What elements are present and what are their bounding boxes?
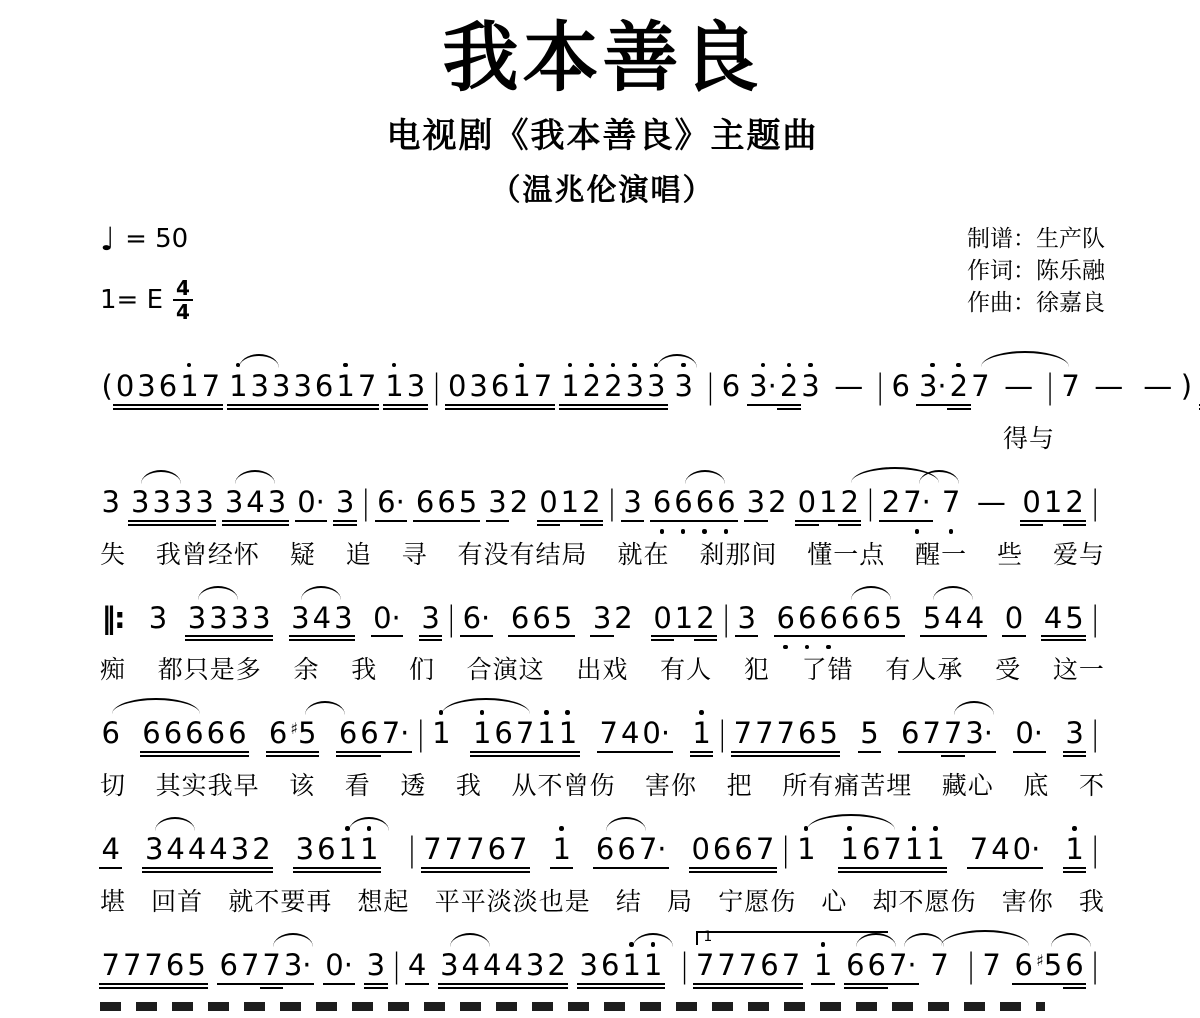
octave-dot-above: [956, 363, 961, 368]
duration-underline: [795, 520, 818, 522]
time-signature: 4 4: [173, 277, 193, 323]
duration-underline: [1002, 635, 1025, 637]
note: 7: [143, 950, 164, 982]
duration-underline: [445, 404, 468, 406]
note: 1: [335, 371, 356, 403]
note: 4: [100, 834, 121, 866]
duration-underline: [113, 408, 136, 410]
note: 6: [861, 603, 882, 635]
note: 3: [229, 603, 250, 635]
lyric-group: 余: [293, 650, 319, 686]
duration-underline: [774, 751, 797, 753]
octave-dot-above: [568, 363, 573, 368]
note: 6: [839, 603, 860, 635]
duration-underline: [620, 987, 643, 989]
note: 3: [147, 603, 168, 635]
note: 2: [695, 603, 716, 635]
duration-underline: [920, 635, 943, 637]
duration-underline: [779, 987, 802, 989]
duration-underline: [513, 755, 536, 757]
note: 0: [652, 603, 673, 635]
duration-underline: [228, 867, 251, 869]
note: 4: [186, 834, 207, 866]
duration-underline: [228, 635, 251, 637]
note: 6: [759, 950, 780, 982]
note: 6: [818, 603, 839, 635]
lyric-group: 失: [100, 535, 126, 571]
octave-dot-above: [847, 826, 852, 831]
duration-underline: [967, 867, 990, 869]
note: 3·: [917, 371, 948, 403]
lyric-group: 宁愿伤: [718, 882, 796, 918]
duration-underline: [333, 520, 356, 522]
barline: |: [1085, 600, 1105, 637]
lyric-group: 把: [727, 766, 753, 802]
note: 6: [316, 834, 337, 866]
duration-underline: [438, 987, 461, 989]
duration-underline: [898, 751, 921, 753]
note: 7: [929, 950, 950, 982]
notation-line: ‖:333333430·3|6·66532012|3666665544045|: [100, 581, 1105, 649]
score-header: 我本善良 电视剧《我本善良》主题曲 （温兆伦演唱） ♩ = 50 1= E 4 …: [100, 18, 1105, 323]
octave-dot-above: [544, 710, 549, 715]
duration-underline: [358, 867, 381, 869]
note: 1: [431, 718, 452, 750]
note: 3: [365, 950, 386, 982]
note: 6: [651, 487, 672, 519]
note: 7: [716, 950, 737, 982]
performer: （温兆伦演唱）: [100, 165, 1105, 209]
note: 5: [818, 718, 839, 750]
duration-underline: [1041, 639, 1064, 641]
duration-underline: [364, 983, 387, 985]
barline: |: [675, 948, 695, 985]
octave-dot-above: [787, 363, 792, 368]
duration-underline: [710, 867, 733, 869]
duration-underline: [260, 987, 283, 989]
duration-underline: [535, 755, 558, 757]
note: 3: [229, 834, 250, 866]
lyric-group: 们: [409, 650, 435, 686]
duration-underline: [161, 751, 184, 753]
credits: 制谱：生产队 作词：陈乐融 作曲：徐嘉良: [967, 223, 1105, 320]
lyric-group: 我: [351, 650, 377, 686]
octave-dot-above: [589, 363, 594, 368]
duration-underline: [645, 404, 668, 406]
duration-underline: [355, 404, 378, 406]
slur-arc: [933, 586, 973, 600]
octave-dot-above: [651, 942, 656, 947]
lyric-group: 刹那间: [699, 535, 777, 571]
slur-arc: [305, 701, 345, 715]
octave-dot-below: [724, 529, 729, 534]
duration-underline: [838, 520, 861, 522]
note: 1: [359, 834, 380, 866]
duration-underline: [1010, 867, 1043, 869]
credit-arranger: 制谱：生产队: [967, 223, 1105, 255]
duration-underline: [288, 755, 319, 757]
duration-underline: [865, 983, 888, 985]
duration-underline: [989, 867, 1012, 869]
music-system-6: 777656773·0·3|43444323611|1777671667·7|7…: [100, 928, 1105, 1011]
note: 3: [266, 487, 287, 519]
lyric-group: 醒一: [915, 535, 967, 571]
duration-underline: [916, 404, 949, 406]
note: 6: [1064, 950, 1085, 982]
note: 7: [981, 950, 1002, 982]
duration-underline: [355, 408, 378, 410]
octave-dot-below: [949, 529, 954, 534]
duration-underline: [881, 635, 904, 637]
octave-dot-above: [559, 826, 564, 831]
note: 3: [420, 603, 441, 635]
note: 3: [143, 834, 164, 866]
note: 6: [493, 718, 514, 750]
duration-underline: [171, 524, 194, 526]
duration-underline: [796, 755, 819, 757]
lyric-group: 害你: [1002, 882, 1054, 918]
lyric-group: 我曾经怀: [156, 535, 260, 571]
duration-underline: [559, 408, 582, 410]
duration-underline: [731, 755, 754, 757]
tempo: ♩ = 50: [100, 223, 193, 255]
duration-underline: [753, 751, 776, 753]
slur-arc: [657, 354, 697, 368]
duration-underline: [556, 755, 579, 757]
note: 3: [251, 603, 272, 635]
note: ): [1179, 371, 1193, 403]
slur-arc: [198, 586, 238, 600]
note: 3: [624, 371, 645, 403]
note: 6: [673, 487, 694, 519]
duration-underline: [947, 408, 970, 410]
note: 3·: [748, 371, 779, 403]
note: 6: [866, 950, 887, 982]
note: 4: [503, 950, 524, 982]
duration-underline: [1033, 983, 1064, 985]
note: —: [1136, 371, 1179, 403]
duration-underline: [844, 987, 867, 989]
duration-underline: [779, 983, 802, 985]
duration-underline: [334, 404, 357, 406]
duration-underline: [1063, 755, 1086, 757]
duration-underline: [228, 871, 251, 873]
barline: |: [961, 948, 981, 985]
duration-underline: [641, 987, 664, 989]
duration-underline: [693, 987, 716, 989]
duration-underline: [226, 755, 249, 757]
notation-line: 6666666♯5667·|116711740·1|7776556773·0·3…: [100, 696, 1105, 764]
lyric-group: 藏心: [942, 766, 994, 802]
note: 0: [1021, 487, 1042, 519]
duration-underline: [248, 404, 271, 406]
duration-underline: [693, 520, 716, 522]
duration-underline: [293, 867, 316, 869]
note: 2: [508, 487, 529, 519]
note: 7: [443, 834, 464, 866]
note: 1: [1042, 487, 1063, 519]
duration-underline: [796, 751, 819, 753]
note: 7: [942, 718, 963, 750]
octave-dot-below: [915, 529, 920, 534]
note: 3: [578, 950, 599, 982]
slur-arc: [954, 701, 994, 715]
note: 1: [557, 718, 578, 750]
note: 0: [690, 834, 711, 866]
octave-dot-above: [187, 363, 192, 368]
note: 2: [603, 371, 624, 403]
lyrics-line: 失我曾经怀疑追寻有没有结局就在刹那间懂一点醒一些爱与: [100, 533, 1105, 571]
duration-underline: [1063, 524, 1086, 526]
duration-underline: [289, 635, 312, 637]
duration-underline: [599, 983, 622, 985]
note: 6·: [376, 487, 407, 519]
note: 3: [487, 487, 508, 519]
duration-underline: [442, 871, 465, 873]
note: 3: [186, 603, 207, 635]
duration-underline: [291, 408, 314, 410]
note: 6: [436, 487, 457, 519]
note: 1: [812, 950, 833, 982]
clipped-lyrics-row: [100, 1002, 1045, 1011]
duration-underline: [1063, 639, 1086, 641]
duration-underline: [204, 751, 227, 753]
duration-underline: [694, 635, 717, 637]
duration-underline: [577, 987, 600, 989]
duration-underline: [312, 404, 335, 406]
note: 1: [925, 834, 946, 866]
note: 3: [249, 371, 270, 403]
note: 6: [694, 487, 715, 519]
note: 3: [673, 371, 694, 403]
note: 6: [720, 371, 741, 403]
barline: |: [776, 832, 796, 869]
duration-underline: [886, 983, 919, 985]
note: 2: [839, 487, 860, 519]
note: 6: [509, 603, 530, 635]
duration-underline: [650, 520, 673, 522]
note: 6: [860, 834, 881, 866]
duration-underline: [135, 408, 158, 410]
octave-dot-above: [808, 363, 813, 368]
note: 1: [691, 718, 712, 750]
duration-underline: [715, 987, 738, 989]
note: 0·: [1011, 834, 1042, 866]
duration-underline: [744, 520, 767, 522]
duration-underline: [183, 751, 206, 753]
duration-underline: [651, 635, 674, 637]
note: 3: [292, 371, 313, 403]
duration-underline: [288, 751, 319, 753]
duration-underline: [375, 520, 408, 522]
duration-underline: [113, 404, 136, 406]
note: 6: [616, 834, 637, 866]
note: 6: [890, 371, 911, 403]
note: 5: [186, 950, 207, 982]
note: 6: [205, 718, 226, 750]
barline: |: [860, 484, 880, 521]
duration-underline: [881, 867, 904, 869]
note: 1: [839, 834, 860, 866]
duration-underline: [817, 751, 840, 753]
duration-underline: [736, 987, 759, 989]
duration-underline: [1012, 983, 1035, 985]
duration-underline: [244, 520, 267, 522]
note: 4: [245, 487, 266, 519]
lyric-group: 该: [289, 766, 315, 802]
duration-underline: [550, 867, 573, 869]
note: 4: [990, 834, 1011, 866]
duration-underline: [1063, 751, 1086, 753]
duration-underline: [404, 408, 427, 410]
note: 3: [208, 603, 229, 635]
duration-underline: [312, 408, 335, 410]
duration-underline: [1041, 520, 1064, 522]
note: 7: [882, 834, 903, 866]
duration-underline: [336, 751, 359, 753]
duration-underline: [523, 983, 546, 985]
note: 0: [796, 487, 817, 519]
note: 6: [733, 834, 754, 866]
duration-underline: [364, 987, 387, 989]
duration-underline: [128, 520, 151, 522]
octave-dot-below: [702, 529, 707, 534]
duration-underline: [690, 751, 713, 753]
barline: |: [356, 484, 376, 521]
duration-underline: [265, 524, 288, 526]
note: 0·: [372, 603, 403, 635]
duration-underline: [185, 635, 208, 637]
key-signature: 1= E 4 4: [100, 277, 193, 323]
note: 1: [384, 371, 405, 403]
note: 2: [880, 487, 901, 519]
barline: |: [712, 716, 732, 753]
note: (: [100, 371, 114, 403]
duration-underline: [1020, 524, 1043, 526]
note: 5: [882, 603, 903, 635]
duration-underline: [618, 751, 641, 753]
slur-arc: [1051, 933, 1091, 947]
duration-underline: [485, 867, 508, 869]
barline: |: [387, 948, 407, 985]
duration-underline: [185, 867, 208, 869]
duration-underline: [464, 871, 487, 873]
duration-underline: [383, 404, 406, 406]
lyric-group: 些: [997, 535, 1023, 571]
octave-dot-above: [912, 826, 917, 831]
note: 6: [218, 950, 239, 982]
note: 7: [121, 950, 142, 982]
duration-underline: [580, 404, 603, 406]
note: 7: [940, 487, 961, 519]
lyric-group: 透: [400, 766, 426, 802]
note: 3: [439, 950, 460, 982]
note: 6: [359, 718, 380, 750]
duration-underline: [636, 867, 669, 869]
octave-dot-above: [821, 942, 826, 947]
note: 7: [754, 718, 775, 750]
duration-underline: [817, 755, 840, 757]
notation-line: 333333430·3|6·66532012|3666632012|27·7—0…: [100, 465, 1105, 533]
note: 1: [673, 603, 694, 635]
duration-underline: [530, 635, 553, 637]
note: 3: [334, 487, 355, 519]
note: 7: [508, 834, 529, 866]
duration-underline: [941, 751, 964, 753]
note: 3: [468, 371, 489, 403]
note: 1: [228, 371, 249, 403]
note: —: [997, 371, 1040, 403]
duration-underline: [599, 987, 622, 989]
note: 6: [313, 371, 334, 403]
duration-underline: [753, 871, 776, 873]
lyric-group: 想起: [358, 882, 410, 918]
duration-underline: [156, 408, 179, 410]
duration-underline: [228, 639, 251, 641]
lyric-group: 合演这: [467, 650, 545, 686]
slur-arc: [941, 930, 1029, 946]
note: 6: [1013, 950, 1034, 982]
duration-underline: [523, 987, 546, 989]
duration-underline: [621, 520, 644, 522]
duration-underline: [902, 867, 925, 869]
duration-underline: [1063, 520, 1086, 522]
note: 6: [184, 718, 205, 750]
duration-underline: [1063, 635, 1086, 637]
sheet-music-page: { "header": { "title": "我本善良", "subtitle…: [0, 0, 1200, 1018]
lyric-group: 有没有结局: [458, 535, 588, 571]
duration-underline: [879, 520, 902, 522]
duration-underline: [193, 520, 216, 522]
duration-underline: [291, 404, 314, 406]
note: 7: [532, 371, 553, 403]
duration-underline: [507, 871, 530, 873]
note: 6: [600, 950, 621, 982]
slur-arc: [273, 933, 313, 947]
lyric-group: 追: [346, 535, 372, 571]
duration-underline: [1041, 635, 1064, 637]
duration-underline: [513, 751, 536, 753]
note: 5: [921, 603, 942, 635]
duration-underline: [488, 408, 511, 410]
note: 0: [538, 487, 559, 519]
note: 7·: [887, 950, 918, 982]
lyric-group: 出戏: [576, 650, 628, 686]
duration-underline: [735, 635, 758, 637]
duration-underline: [902, 871, 925, 873]
note: 6: [594, 834, 615, 866]
duration-underline: [207, 635, 230, 637]
note: 6: [797, 718, 818, 750]
lyric-group: 结: [616, 882, 642, 918]
note: 3·: [282, 950, 313, 982]
duration-underline: [485, 871, 508, 873]
barline: |: [700, 368, 720, 405]
slur-arc: [235, 470, 275, 484]
duration-underline: [217, 983, 240, 985]
duration-underline: [456, 520, 479, 522]
barline: |: [1040, 368, 1060, 405]
duration-underline: [531, 404, 554, 406]
note: 3: [151, 487, 172, 519]
duration-underline: [336, 867, 359, 869]
slur-arc: [856, 933, 896, 947]
duration-underline: [1020, 520, 1043, 522]
note: 3: [524, 950, 545, 982]
note: 0: [114, 371, 135, 403]
lyrics-line: 堪回首就不要再想起平平淡淡也是结局宁愿伤心却不愿伤害你我: [100, 880, 1105, 918]
note: 1: [560, 371, 581, 403]
